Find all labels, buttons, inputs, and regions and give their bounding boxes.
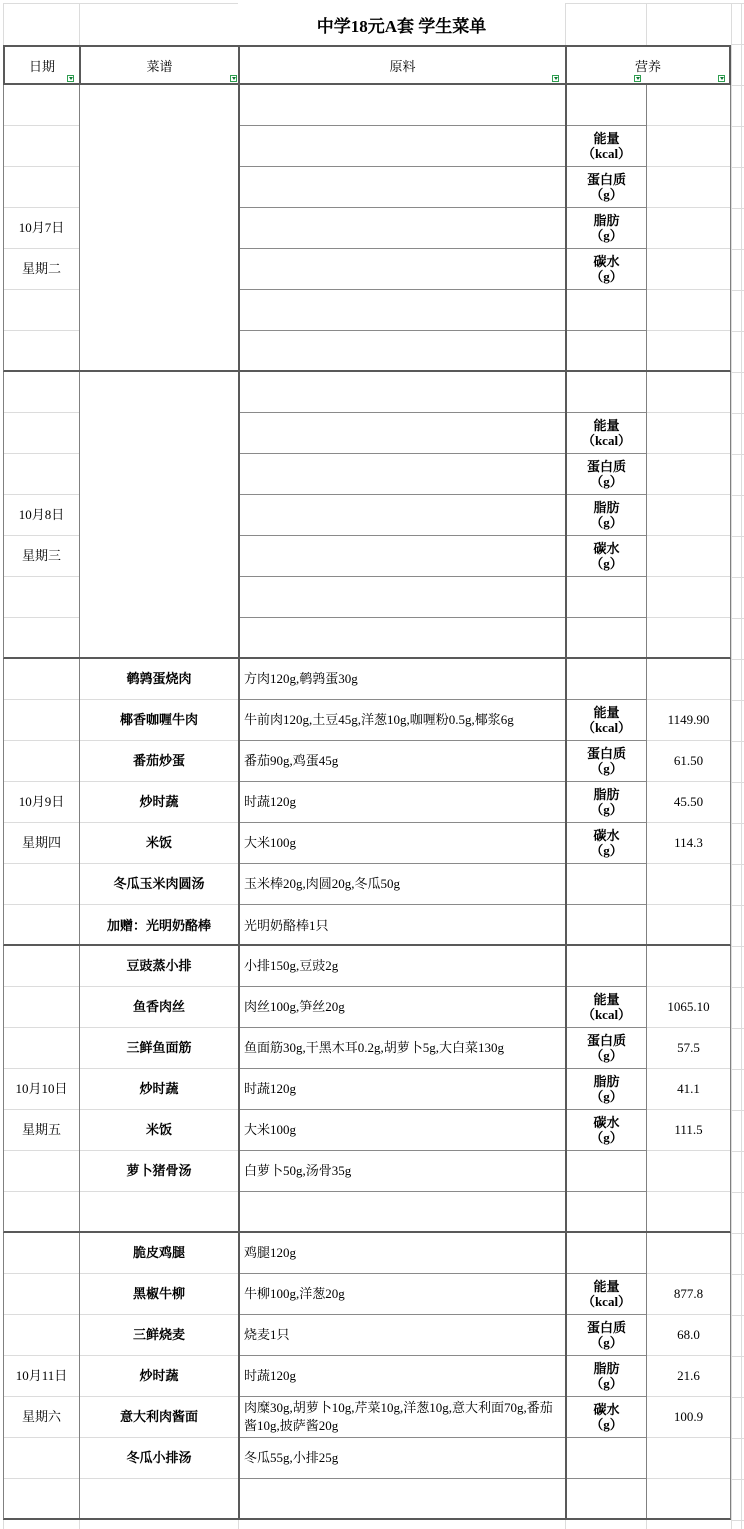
- cell-dish[interactable]: 冬瓜小排汤: [80, 1438, 238, 1479]
- cell-ingredients[interactable]: [240, 413, 565, 454]
- cell-nutrition-label[interactable]: 蛋白质 （g）: [567, 1315, 646, 1356]
- cell-date[interactable]: [4, 126, 79, 167]
- cell-ingredients[interactable]: 烧麦1只: [240, 1315, 565, 1356]
- cell-date[interactable]: [4, 905, 79, 946]
- cell-nutrition-value[interactable]: [647, 577, 730, 618]
- cell-weekday[interactable]: 星期三: [4, 536, 79, 577]
- cell-weekday[interactable]: 星期五: [4, 1110, 79, 1151]
- day-block: 10月8日 星期三: [3, 372, 731, 659]
- cell-ingredients[interactable]: 冬瓜55g,小排25g: [240, 1438, 565, 1479]
- cell-nutrition-value[interactable]: [647, 946, 730, 987]
- nutrition-value-column: [646, 372, 730, 657]
- cell-ingredients[interactable]: [240, 618, 565, 659]
- cell-ingredients[interactable]: 玉米棒20g,肉圆20g,冬瓜50g: [240, 864, 565, 905]
- cell-dish[interactable]: [80, 290, 238, 331]
- cell-dish[interactable]: 米饭: [80, 1110, 238, 1151]
- cell-nutrition-value[interactable]: [647, 536, 730, 577]
- filter-icon[interactable]: [552, 75, 559, 82]
- cell-nutrition-value[interactable]: [647, 167, 730, 208]
- cell-dish[interactable]: [80, 618, 238, 659]
- cell-nutrition-label[interactable]: [567, 1479, 646, 1520]
- cell-date[interactable]: [4, 1233, 79, 1274]
- cell-nutrition-label[interactable]: [567, 331, 646, 372]
- cell-nutrition-label[interactable]: 脂肪 （g）: [567, 1356, 646, 1397]
- cell-nutrition-value[interactable]: [647, 331, 730, 372]
- cell-nutrition-label[interactable]: [567, 1438, 646, 1479]
- header-cell-menu[interactable]: 菜谱: [79, 47, 238, 83]
- nutrition-label-column: 能量 （kcal） 蛋白质 （g） 脂肪 （g） 碳水 （g）: [565, 1233, 646, 1518]
- cell-ingredients[interactable]: 鸡腿120g: [240, 1233, 565, 1274]
- cell-ingredients[interactable]: [240, 495, 565, 536]
- cell-ingredients[interactable]: [240, 208, 565, 249]
- cell-nutrition-value[interactable]: 877.8: [647, 1274, 730, 1315]
- cell-date[interactable]: [4, 864, 79, 905]
- cell-date[interactable]: [4, 85, 79, 126]
- cell-weekday[interactable]: 星期六: [4, 1397, 79, 1438]
- dish-column: 鹌鹑蛋烧肉 椰香咖喱牛肉 番茄炒蛋 炒时蔬 米饭 冬瓜玉米肉圆汤 加赠：光明奶酪…: [79, 659, 238, 944]
- cell-nutrition-label[interactable]: 能量 （kcal）: [567, 700, 646, 741]
- cell-nutrition-label[interactable]: [567, 1233, 646, 1274]
- cell-nutrition-label[interactable]: 脂肪 （g）: [567, 782, 646, 823]
- dish-column: [79, 372, 238, 657]
- cell-dish[interactable]: 黑椒牛柳: [80, 1274, 238, 1315]
- cell-date[interactable]: [4, 290, 79, 331]
- cell-nutrition-value[interactable]: 1065.10: [647, 987, 730, 1028]
- cell-ingredients[interactable]: [240, 1192, 565, 1233]
- date-column: 10月11日 星期六: [4, 1233, 79, 1518]
- cell-date[interactable]: 10月9日: [4, 782, 79, 823]
- sheet-title-cell[interactable]: 中学18元A套 学生菜单: [238, 3, 565, 45]
- cell-date[interactable]: 10月11日: [4, 1356, 79, 1397]
- cell-ingredients[interactable]: [240, 290, 565, 331]
- cell-nutrition-value[interactable]: 68.0: [647, 1315, 730, 1356]
- nutrition-label-column: 能量 （kcal） 蛋白质 （g） 脂肪 （g） 碳水 （g）: [565, 372, 646, 657]
- date-column: 10月8日 星期三: [4, 372, 79, 657]
- ingredients-column: [238, 372, 565, 657]
- cell-dish[interactable]: 豆豉蒸小排: [80, 946, 238, 987]
- cell-nutrition-value[interactable]: [647, 208, 730, 249]
- cell-nutrition-value[interactable]: [647, 1233, 730, 1274]
- cell-nutrition-label[interactable]: 脂肪 （g）: [567, 1069, 646, 1110]
- cell-nutrition-label[interactable]: 蛋白质 （g）: [567, 1028, 646, 1069]
- day-block: 10月9日 星期四 鹌鹑蛋烧肉 椰香咖喱牛肉 番茄炒蛋 炒时蔬 米饭 冬瓜玉米肉…: [3, 659, 731, 946]
- cell-nutrition-label[interactable]: [567, 85, 646, 126]
- cell-nutrition-label[interactable]: 碳水 （g）: [567, 536, 646, 577]
- cell-date[interactable]: 10月7日: [4, 208, 79, 249]
- cell-dish[interactable]: 炒时蔬: [80, 782, 238, 823]
- nutrition-value-column: 1149.90 61.50 45.50 114.3: [646, 659, 730, 944]
- date-column: 10月7日 星期二: [4, 85, 79, 370]
- table-body: 10月7日 星期二: [3, 85, 731, 1520]
- cell-date[interactable]: [4, 577, 79, 618]
- cell-nutrition-value[interactable]: 61.50: [647, 741, 730, 782]
- cell-ingredients[interactable]: 肉糜30g,胡萝卜10g,芹菜10g,洋葱10g,意大利面70g,番茄酱10g,…: [240, 1397, 565, 1438]
- cell-date[interactable]: [4, 372, 79, 413]
- cell-ingredients[interactable]: 番茄90g,鸡蛋45g: [240, 741, 565, 782]
- cell-date[interactable]: [4, 1479, 79, 1520]
- cell-dish[interactable]: [80, 1192, 238, 1233]
- cell-nutrition-label[interactable]: 蛋白质 （g）: [567, 741, 646, 782]
- cell-nutrition-value[interactable]: 1149.90: [647, 700, 730, 741]
- date-column: 10月9日 星期四: [4, 659, 79, 944]
- cell-nutrition-label[interactable]: 碳水 （g）: [567, 1110, 646, 1151]
- header-cell-nutrition[interactable]: 营养: [565, 47, 729, 83]
- cell-nutrition-value[interactable]: 41.1: [647, 1069, 730, 1110]
- cell-ingredients[interactable]: 小排150g,豆豉2g: [240, 946, 565, 987]
- filter-icon[interactable]: [230, 75, 237, 82]
- cell-nutrition-value[interactable]: [647, 372, 730, 413]
- nutrition-value-column: [646, 85, 730, 370]
- cell-date[interactable]: [4, 167, 79, 208]
- cell-dish[interactable]: [80, 536, 238, 577]
- cell-dish[interactable]: 意大利肉酱面: [80, 1397, 238, 1438]
- cell-ingredients[interactable]: [240, 167, 565, 208]
- cell-dish[interactable]: [80, 1479, 238, 1520]
- cell-nutrition-value[interactable]: [647, 905, 730, 946]
- cell-ingredients[interactable]: 大米100g: [240, 1110, 565, 1151]
- cell-weekday[interactable]: 星期四: [4, 823, 79, 864]
- cell-date[interactable]: [4, 618, 79, 659]
- cell-date[interactable]: [4, 331, 79, 372]
- cell-date[interactable]: [4, 1315, 79, 1356]
- cell-dish[interactable]: 椰香咖喱牛肉: [80, 700, 238, 741]
- cell-nutrition-value[interactable]: [647, 618, 730, 659]
- cell-dish[interactable]: 三鲜鱼面筋: [80, 1028, 238, 1069]
- cell-nutrition-label[interactable]: 能量 （kcal）: [567, 987, 646, 1028]
- ingredients-column: 鸡腿120g 牛柳100g,洋葱20g 烧麦1只 时蔬120g 肉糜30g,胡萝…: [238, 1233, 565, 1518]
- filter-icon[interactable]: [718, 75, 725, 82]
- day-block: 10月7日 星期二: [3, 85, 731, 372]
- cell-dish[interactable]: 炒时蔬: [80, 1356, 238, 1397]
- cell-nutrition-value[interactable]: [647, 1479, 730, 1520]
- cell-date[interactable]: [4, 1274, 79, 1315]
- cell-nutrition-label[interactable]: [567, 618, 646, 659]
- cell-weekday[interactable]: 星期二: [4, 249, 79, 290]
- cell-dish[interactable]: [80, 167, 238, 208]
- cell-nutrition-value[interactable]: [647, 1151, 730, 1192]
- cell-ingredients[interactable]: 牛柳100g,洋葱20g: [240, 1274, 565, 1315]
- cell-nutrition-value[interactable]: [647, 413, 730, 454]
- cell-ingredients[interactable]: 肉丝100g,笋丝20g: [240, 987, 565, 1028]
- nutrition-value-column: 1065.10 57.5 41.1 111.5: [646, 946, 730, 1231]
- nutrition-value-column: 877.8 68.0 21.6 100.9: [646, 1233, 730, 1518]
- cell-nutrition-value[interactable]: 45.50: [647, 782, 730, 823]
- cell-nutrition-value[interactable]: [647, 290, 730, 331]
- cell-nutrition-label[interactable]: [567, 1192, 646, 1233]
- cell-ingredients[interactable]: 时蔬120g: [240, 1069, 565, 1110]
- cell-dish[interactable]: 萝卜猪骨汤: [80, 1151, 238, 1192]
- cell-dish[interactable]: [80, 208, 238, 249]
- cell-ingredients[interactable]: 时蔬120g: [240, 1356, 565, 1397]
- dish-column: 脆皮鸡腿 黑椒牛柳 三鲜烧麦 炒时蔬 意大利肉酱面 冬瓜小排汤: [79, 1233, 238, 1518]
- cell-nutrition-value[interactable]: 114.3: [647, 823, 730, 864]
- cell-dish[interactable]: [80, 413, 238, 454]
- cell-ingredients[interactable]: [240, 372, 565, 413]
- date-column: 10月10日 星期五: [4, 946, 79, 1231]
- table-header-row: 日期 菜谱 原料 营养: [3, 45, 731, 85]
- cell-nutrition-label[interactable]: 碳水 （g）: [567, 249, 646, 290]
- cell-nutrition-label[interactable]: [567, 1151, 646, 1192]
- cell-ingredients[interactable]: [240, 536, 565, 577]
- dish-column: 豆豉蒸小排 鱼香肉丝 三鲜鱼面筋 炒时蔬 米饭 萝卜猪骨汤: [79, 946, 238, 1231]
- cell-nutrition-label[interactable]: 能量 （kcal）: [567, 1274, 646, 1315]
- cell-ingredients[interactable]: 时蔬120g: [240, 782, 565, 823]
- cell-date[interactable]: [4, 1028, 79, 1069]
- cell-nutrition-label[interactable]: [567, 659, 646, 700]
- cell-date[interactable]: [4, 946, 79, 987]
- nutrition-label-column: 能量 （kcal） 蛋白质 （g） 脂肪 （g） 碳水 （g）: [565, 946, 646, 1231]
- cell-date[interactable]: [4, 1192, 79, 1233]
- cell-nutrition-label[interactable]: 能量 （kcal）: [567, 126, 646, 167]
- cell-nutrition-label[interactable]: 蛋白质 （g）: [567, 167, 646, 208]
- cell-nutrition-label[interactable]: 能量 （kcal）: [567, 413, 646, 454]
- cell-nutrition-value[interactable]: [647, 126, 730, 167]
- cell-dish[interactable]: [80, 249, 238, 290]
- cell-dish[interactable]: 米饭: [80, 823, 238, 864]
- cell-dish[interactable]: 番茄炒蛋: [80, 741, 238, 782]
- cell-nutrition-label[interactable]: 碳水 （g）: [567, 1397, 646, 1438]
- cell-date[interactable]: [4, 659, 79, 700]
- cell-nutrition-label[interactable]: [567, 946, 646, 987]
- cell-nutrition-value[interactable]: [647, 864, 730, 905]
- cell-nutrition-value[interactable]: [647, 1438, 730, 1479]
- cell-nutrition-value[interactable]: [647, 249, 730, 290]
- cell-nutrition-value[interactable]: [647, 1192, 730, 1233]
- cell-nutrition-label[interactable]: 脂肪 （g）: [567, 208, 646, 249]
- cell-date[interactable]: [4, 741, 79, 782]
- cell-nutrition-value[interactable]: [647, 659, 730, 700]
- cell-nutrition-label[interactable]: [567, 905, 646, 946]
- cell-dish[interactable]: 鱼香肉丝: [80, 987, 238, 1028]
- cell-nutrition-label[interactable]: [567, 290, 646, 331]
- cell-nutrition-value[interactable]: [647, 454, 730, 495]
- cell-dish[interactable]: 冬瓜玉米肉圆汤: [80, 864, 238, 905]
- cell-date[interactable]: [4, 1151, 79, 1192]
- cell-dish[interactable]: [80, 372, 238, 413]
- cell-dish[interactable]: [80, 577, 238, 618]
- cell-dish[interactable]: 脆皮鸡腿: [80, 1233, 238, 1274]
- header-cell-ingredients[interactable]: 原料: [238, 47, 565, 83]
- cell-dish[interactable]: 三鲜烧麦: [80, 1315, 238, 1356]
- cell-ingredients[interactable]: [240, 454, 565, 495]
- cell-nutrition-value[interactable]: 100.9: [647, 1397, 730, 1438]
- cell-dish[interactable]: [80, 495, 238, 536]
- cell-ingredients[interactable]: 大米100g: [240, 823, 565, 864]
- filter-icon[interactable]: [634, 75, 641, 82]
- cell-nutrition-value[interactable]: 21.6: [647, 1356, 730, 1397]
- cell-ingredients[interactable]: [240, 85, 565, 126]
- cell-dish[interactable]: [80, 85, 238, 126]
- day-block: 10月10日 星期五 豆豉蒸小排 鱼香肉丝 三鲜鱼面筋 炒时蔬 米饭 萝卜猪骨汤…: [3, 946, 731, 1233]
- ingredients-column: 小排150g,豆豉2g 肉丝100g,笋丝20g 鱼面筋30g,干黑木耳0.2g…: [238, 946, 565, 1231]
- dish-column: [79, 85, 238, 370]
- cell-ingredients[interactable]: 方肉120g,鹌鹑蛋30g: [240, 659, 565, 700]
- cell-dish[interactable]: [80, 126, 238, 167]
- cell-dish[interactable]: 加赠：光明奶酪棒: [80, 905, 238, 946]
- cell-nutrition-value[interactable]: 111.5: [647, 1110, 730, 1151]
- cell-date[interactable]: [4, 700, 79, 741]
- cell-ingredients[interactable]: 鱼面筋30g,干黑木耳0.2g,胡萝卜5g,大白菜130g: [240, 1028, 565, 1069]
- gridline-strip: [732, 44, 744, 1521]
- cell-ingredients[interactable]: 白萝卜50g,汤骨35g: [240, 1151, 565, 1192]
- cell-nutrition-value[interactable]: [647, 495, 730, 536]
- cell-ingredients[interactable]: [240, 126, 565, 167]
- cell-dish[interactable]: [80, 454, 238, 495]
- cell-nutrition-value[interactable]: 57.5: [647, 1028, 730, 1069]
- spreadsheet-sheet: 中学18元A套 学生菜单 日期 菜谱 原料 营养 10月7日 星期二: [0, 0, 744, 1529]
- cell-date[interactable]: 10月8日: [4, 495, 79, 536]
- day-block: 10月11日 星期六 脆皮鸡腿 黑椒牛柳 三鲜烧麦 炒时蔬 意大利肉酱面 冬瓜小…: [3, 1233, 731, 1520]
- cell-dish[interactable]: [80, 331, 238, 372]
- cell-ingredients[interactable]: [240, 331, 565, 372]
- nutrition-label-column: 能量 （kcal） 蛋白质 （g） 脂肪 （g） 碳水 （g）: [565, 85, 646, 370]
- nutrition-label-column: 能量 （kcal） 蛋白质 （g） 脂肪 （g） 碳水 （g）: [565, 659, 646, 944]
- cell-dish[interactable]: 鹌鹑蛋烧肉: [80, 659, 238, 700]
- cell-ingredients[interactable]: 光明奶酪棒1只: [240, 905, 565, 946]
- cell-ingredients[interactable]: 牛前肉120g,土豆45g,洋葱10g,咖喱粉0.5g,椰浆6g: [240, 700, 565, 741]
- ingredients-column: 方肉120g,鹌鹑蛋30g 牛前肉120g,土豆45g,洋葱10g,咖喱粉0.5…: [238, 659, 565, 944]
- cell-nutrition-label[interactable]: [567, 372, 646, 413]
- cell-nutrition-label[interactable]: [567, 864, 646, 905]
- cell-nutrition-label[interactable]: [567, 577, 646, 618]
- cell-dish[interactable]: 炒时蔬: [80, 1069, 238, 1110]
- cell-date[interactable]: [4, 1438, 79, 1479]
- cell-nutrition-value[interactable]: [647, 85, 730, 126]
- cell-nutrition-label[interactable]: 蛋白质 （g）: [567, 454, 646, 495]
- ingredients-column: [238, 85, 565, 370]
- cell-ingredients[interactable]: [240, 249, 565, 290]
- filter-icon[interactable]: [67, 75, 74, 82]
- cell-ingredients[interactable]: [240, 1479, 565, 1520]
- cell-date[interactable]: [4, 987, 79, 1028]
- cell-nutrition-label[interactable]: 脂肪 （g）: [567, 495, 646, 536]
- cell-nutrition-label[interactable]: 碳水 （g）: [567, 823, 646, 864]
- cell-date[interactable]: [4, 454, 79, 495]
- cell-date[interactable]: [4, 413, 79, 454]
- cell-ingredients[interactable]: [240, 577, 565, 618]
- cell-date[interactable]: 10月10日: [4, 1069, 79, 1110]
